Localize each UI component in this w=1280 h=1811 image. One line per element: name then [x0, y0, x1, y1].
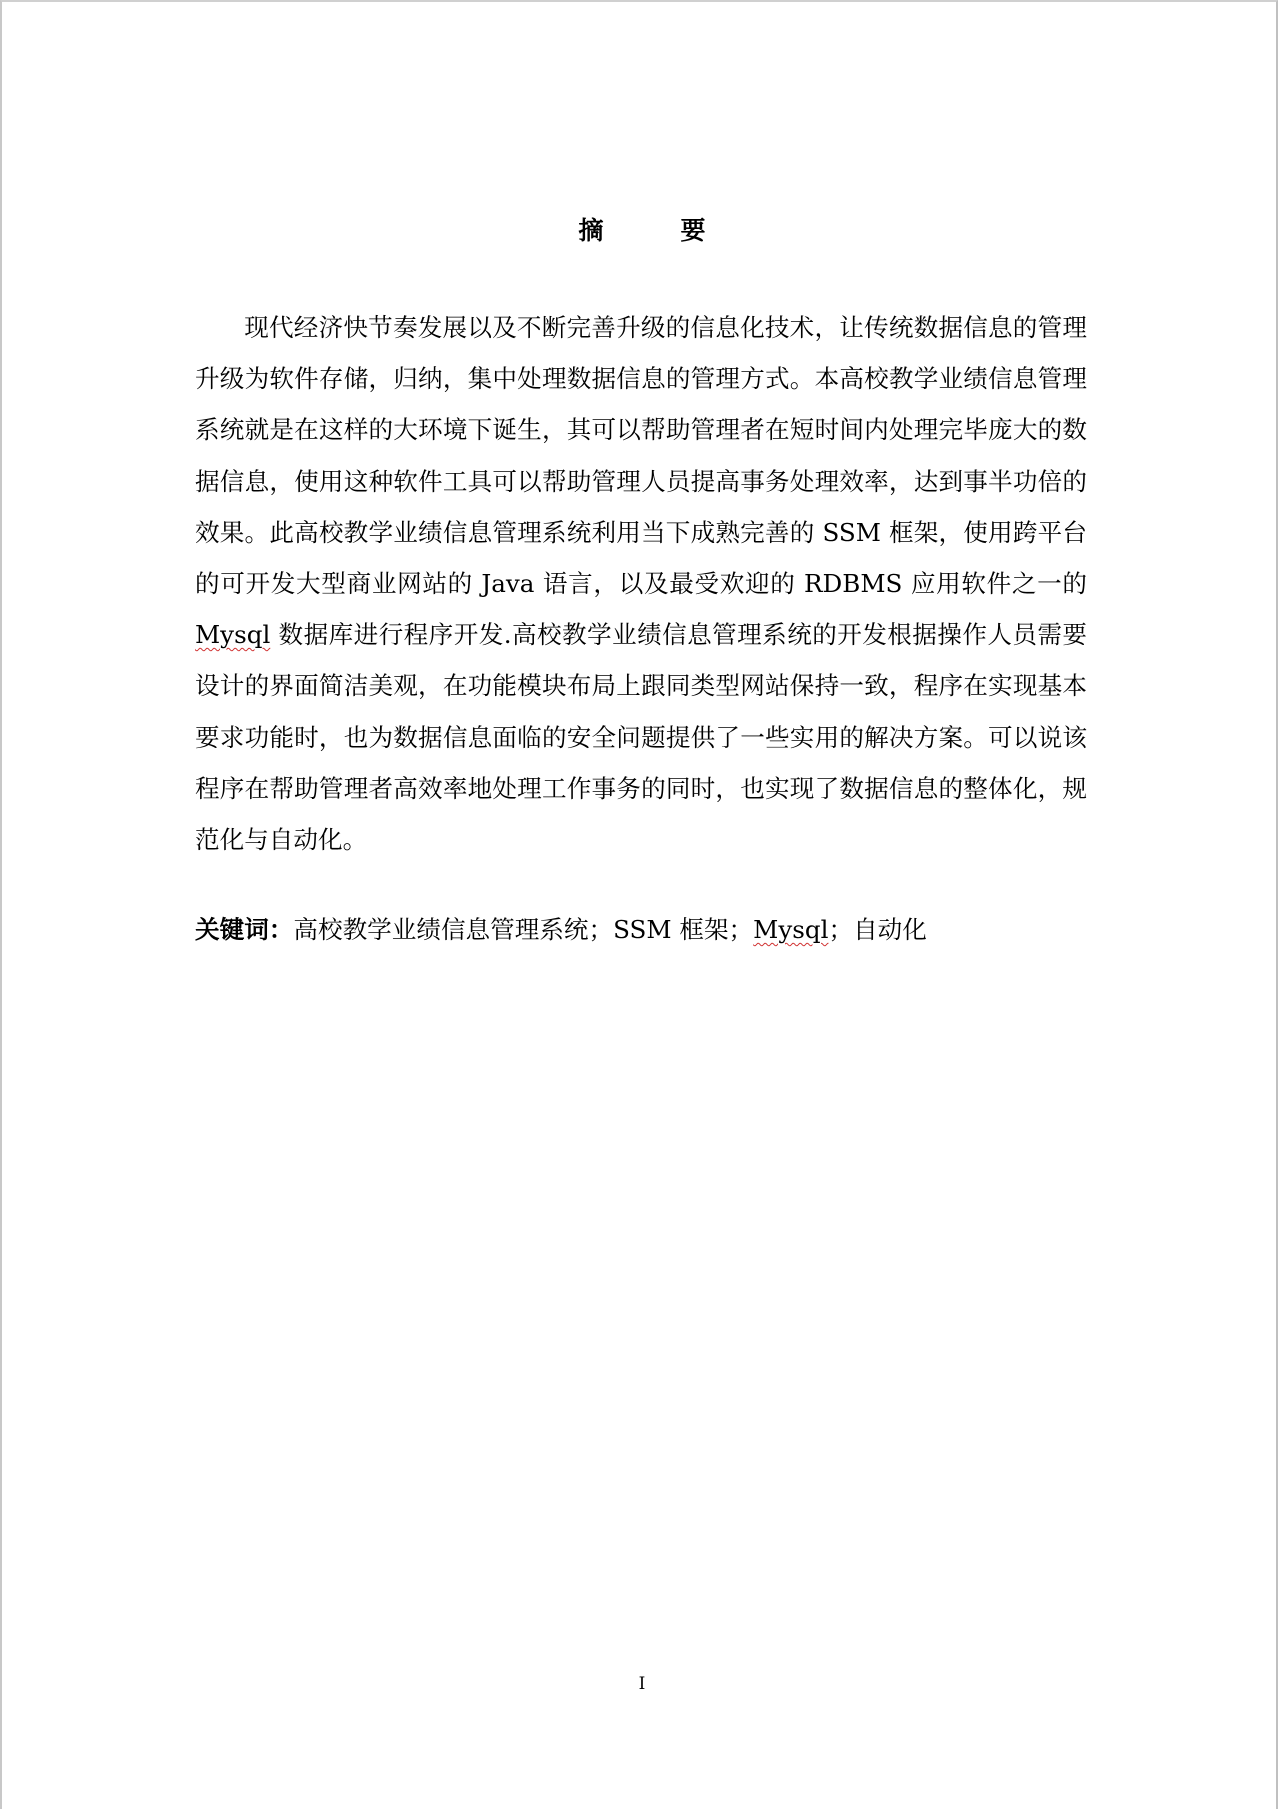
document-page: 摘 要 现代经济快节奏发展以及不断完善升级的信息化技术，让传统数据信息的管理升级…	[0, 0, 1278, 1809]
abstract-text-part-2: 数据库进行程序开发.高校教学业绩信息管理系统的开发根据操作人员需要设计的界面简洁…	[195, 620, 1087, 854]
abstract-title: 摘 要	[2, 213, 1280, 249]
keywords-label: 关键词：	[195, 915, 293, 944]
spellcheck-flagged-keyword[interactable]: Mysql	[753, 915, 828, 944]
keywords-line: 关键词：高校教学业绩信息管理系统；SSM 框架；Mysql；自动化	[195, 910, 1095, 950]
abstract-text-part-1: 现代经济快节奏发展以及不断完善升级的信息化技术，让传统数据信息的管理升级为软件存…	[195, 313, 1087, 598]
spellcheck-flagged-word[interactable]: Mysql	[195, 620, 270, 649]
abstract-title-text: 摘 要	[578, 216, 731, 245]
page-number: I	[2, 1672, 1280, 1696]
abstract-paragraph: 现代经济快节奏发展以及不断完善升级的信息化技术，让传统数据信息的管理升级为软件存…	[195, 302, 1087, 865]
keywords-text-part-3: ；自动化	[828, 915, 926, 944]
keywords-text-part-1: 高校教学业绩信息管理系统；SSM 框架；	[293, 915, 753, 944]
